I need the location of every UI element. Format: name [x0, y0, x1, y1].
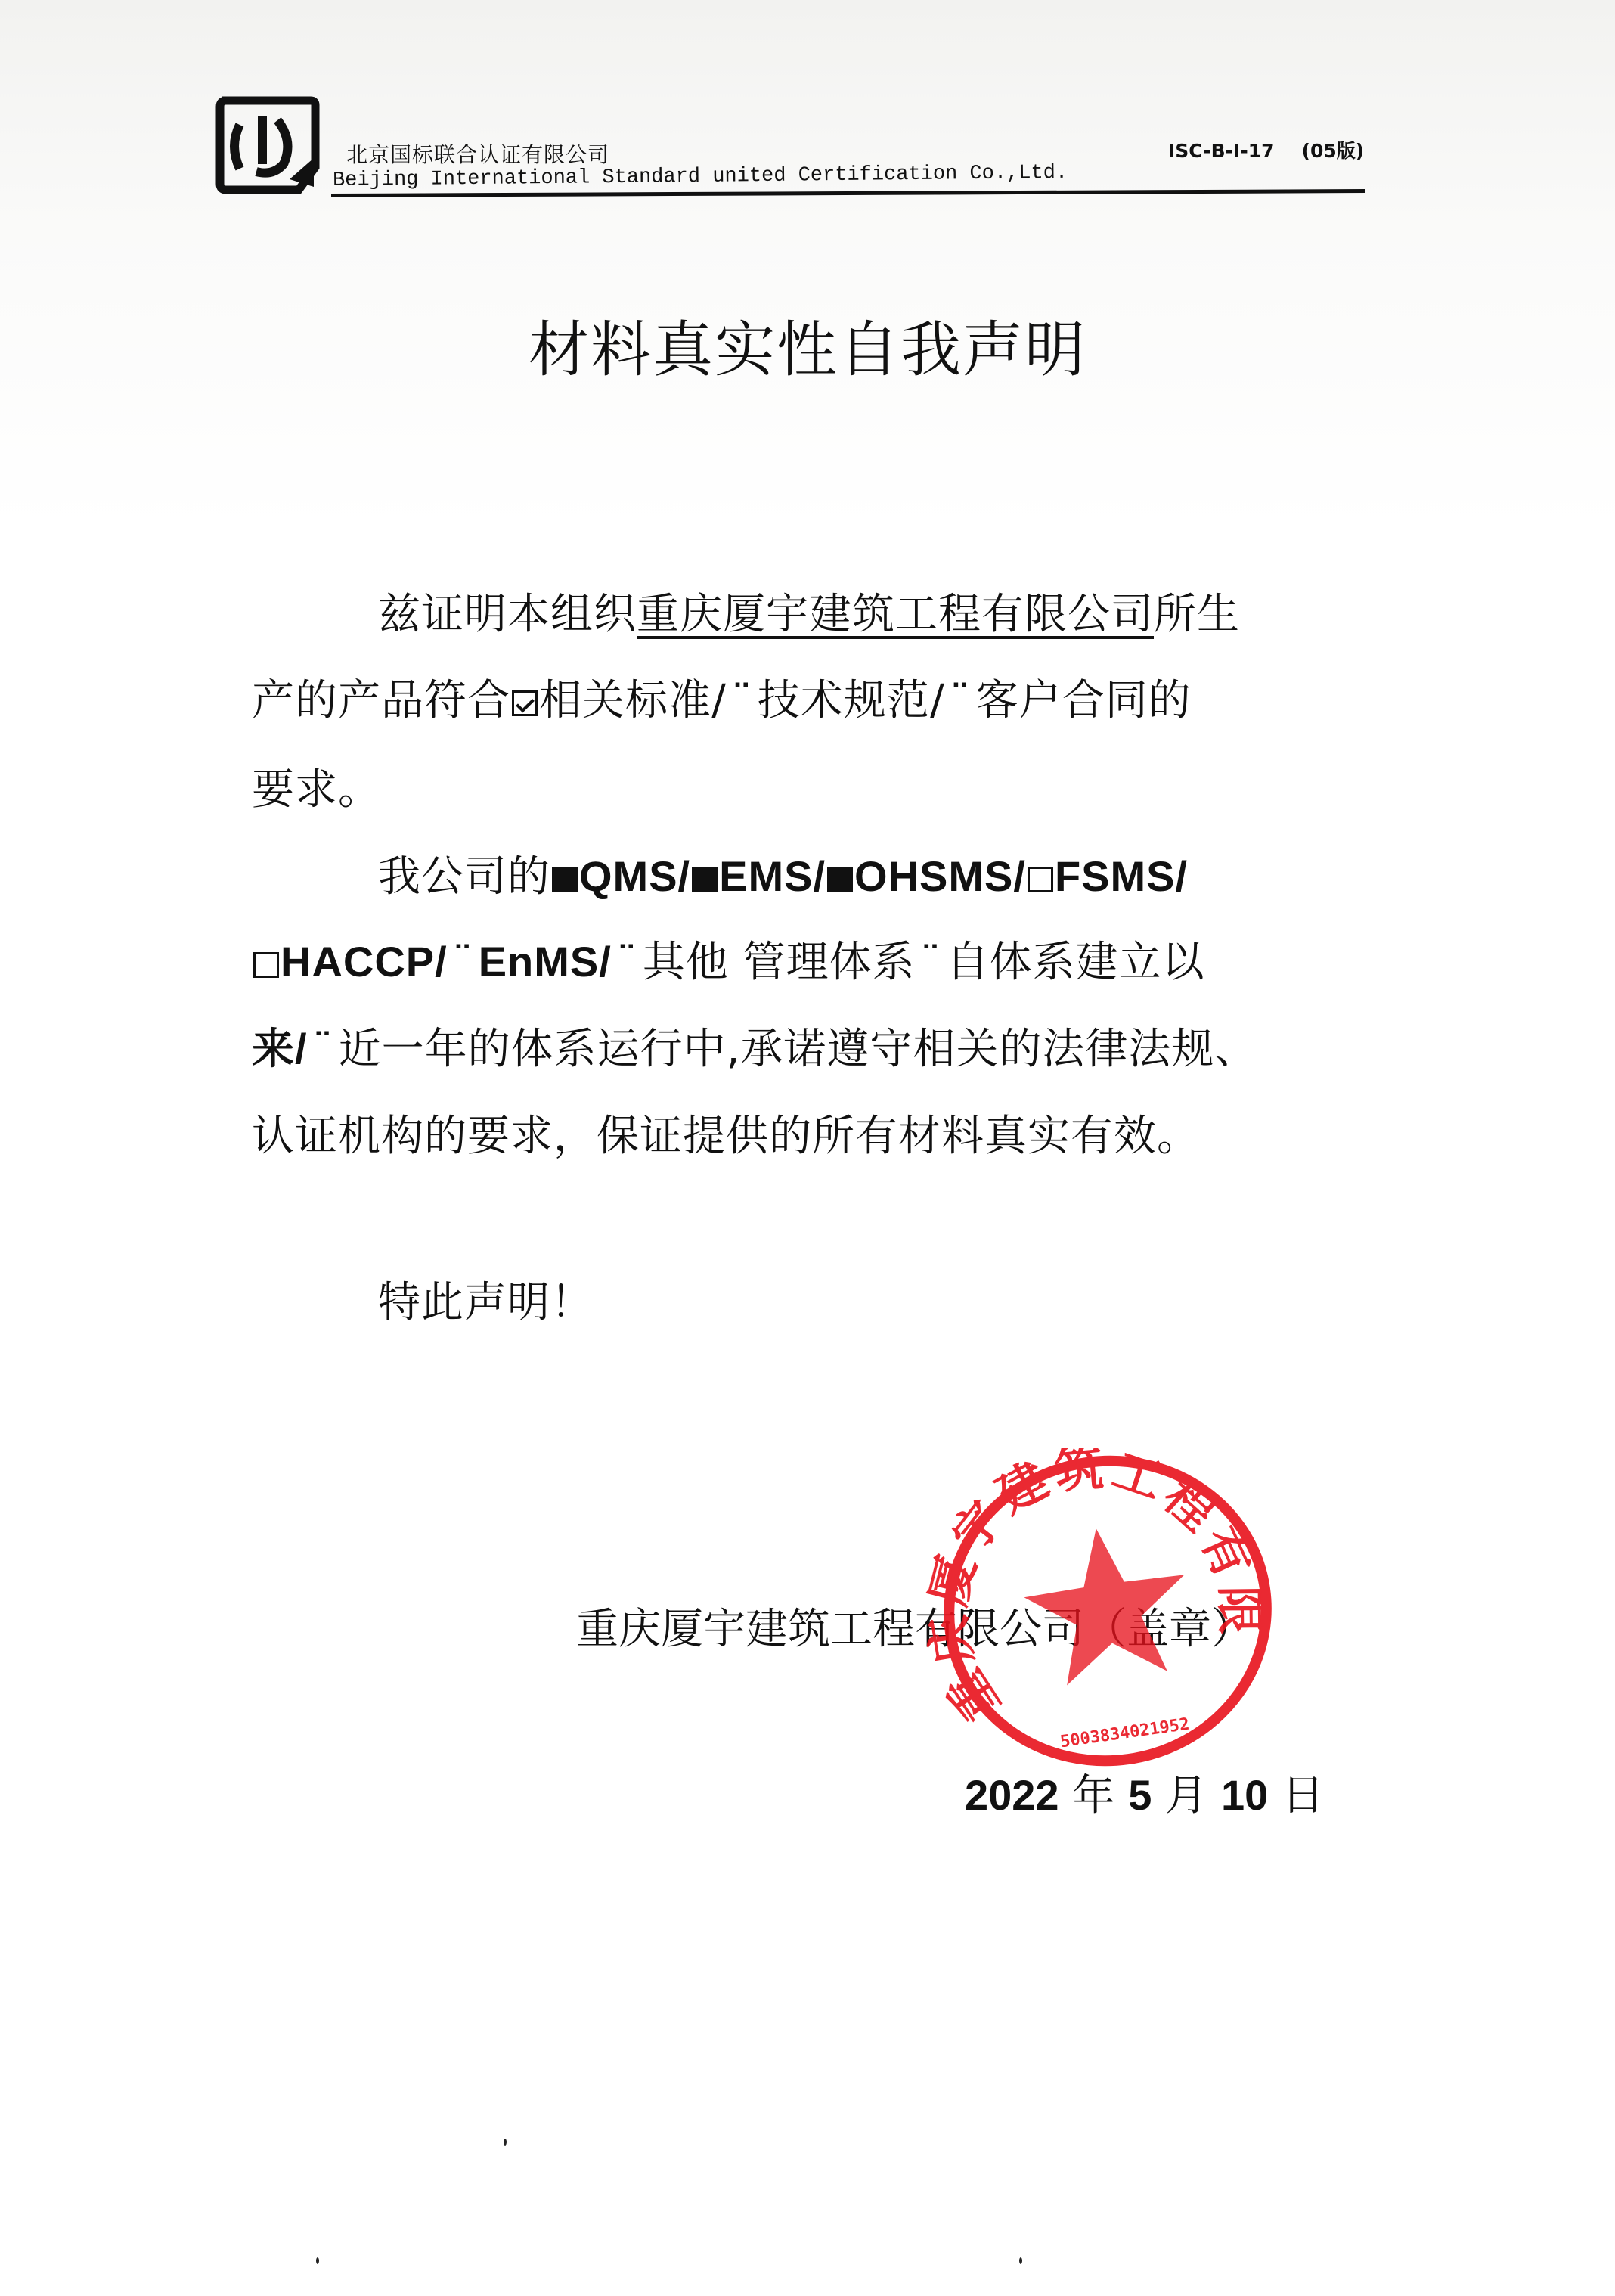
system-fsms: FSMS/	[1055, 852, 1188, 900]
para2-line2: HACCP/¨EnMS/¨其他 管理体系¨自体系建立以	[252, 929, 1205, 989]
text: 所生	[1154, 590, 1240, 639]
unchecked-mark-icon: ¨	[950, 676, 972, 725]
system-other: 其他	[643, 938, 729, 987]
text: 产的产品符合	[252, 676, 510, 725]
closing-statement: 特此声明！	[378, 1269, 594, 1330]
unchecked-mark-icon: ¨	[731, 676, 753, 725]
company-name-underlined: 重庆厦宇建筑工程有限公司	[637, 590, 1154, 639]
unchecked-mark-icon: ¨	[452, 938, 474, 987]
text: 年	[1072, 1771, 1114, 1820]
text: 自体系建立以	[947, 938, 1205, 987]
org-name-cn: 北京国标联合认证有限公司	[346, 138, 609, 169]
option-standard: 相关标准/	[539, 676, 727, 725]
checkbox-empty-icon[interactable]	[253, 952, 279, 978]
signature-date: 2022 年 5 月 10 日	[965, 1762, 1324, 1823]
date-year: 2022	[965, 1771, 1059, 1819]
form-version: (05版)	[1302, 140, 1365, 162]
checkbox-empty-icon[interactable]	[1028, 867, 1053, 892]
scan-speck	[1019, 2257, 1022, 2264]
isc-logo-icon	[214, 95, 320, 197]
form-code: ISC-B-I-17(05版)	[1168, 136, 1364, 163]
scan-speck	[316, 2257, 319, 2264]
page-title: 材料真实性自我声明	[0, 301, 1615, 388]
system-ems: EMS/	[719, 852, 826, 900]
form-code-number: ISC-B-I-17	[1168, 140, 1275, 162]
scan-speck	[504, 2139, 507, 2146]
system-ohsms: OHSMS/	[854, 852, 1026, 900]
text: 近一年的体系运行中,承诺遵守相关的法律法规、	[339, 1025, 1258, 1074]
unchecked-mark-icon: ¨	[920, 938, 942, 987]
para2-line1: 我公司的QMS/EMS/OHSMS/FSMS/	[378, 843, 1188, 904]
date-month: 5	[1128, 1771, 1152, 1819]
checkbox-filled-icon[interactable]	[552, 867, 578, 892]
text: 我公司的	[378, 852, 550, 901]
option-tech-spec: 技术规范/	[758, 676, 945, 725]
document-page: 北京国标联合认证有限公司 Beijing International Stand…	[0, 0, 1615, 2296]
checkbox-filled-icon[interactable]	[692, 867, 718, 892]
text: 日	[1282, 1771, 1324, 1820]
checkbox-checked-icon[interactable]	[512, 690, 538, 716]
text: 来/	[252, 1025, 308, 1072]
text: 管理体系	[743, 938, 916, 987]
company-seal-icon: 重庆厦宇建筑工程有限公司 5003834021952	[907, 1448, 1308, 1773]
system-enms: EnMS/	[479, 938, 612, 985]
text: 月	[1165, 1771, 1207, 1820]
system-haccp: HACCP/	[281, 938, 448, 985]
date-day: 10	[1221, 1771, 1268, 1819]
para1-line1: 兹证明本组织重庆厦宇建筑工程有限公司所生	[378, 581, 1240, 641]
system-qms: QMS/	[579, 852, 690, 900]
para1-line2: 产的产品符合相关标准/¨技术规范/¨客户合同的	[252, 667, 1192, 728]
para2-line4: 认证机构的要求，保证提供的所有材料真实有效。	[252, 1103, 1200, 1163]
para2-line3: 来/¨近一年的体系运行中,承诺遵守相关的法律法规、	[252, 1016, 1257, 1076]
option-contract: 客户合同的	[976, 676, 1192, 725]
checkbox-filled-icon[interactable]	[827, 867, 853, 892]
para1-line3: 要求。	[252, 756, 381, 817]
unchecked-mark-icon: ¨	[616, 938, 638, 987]
unchecked-mark-icon: ¨	[312, 1025, 334, 1074]
text: 兹证明本组织	[378, 590, 637, 639]
